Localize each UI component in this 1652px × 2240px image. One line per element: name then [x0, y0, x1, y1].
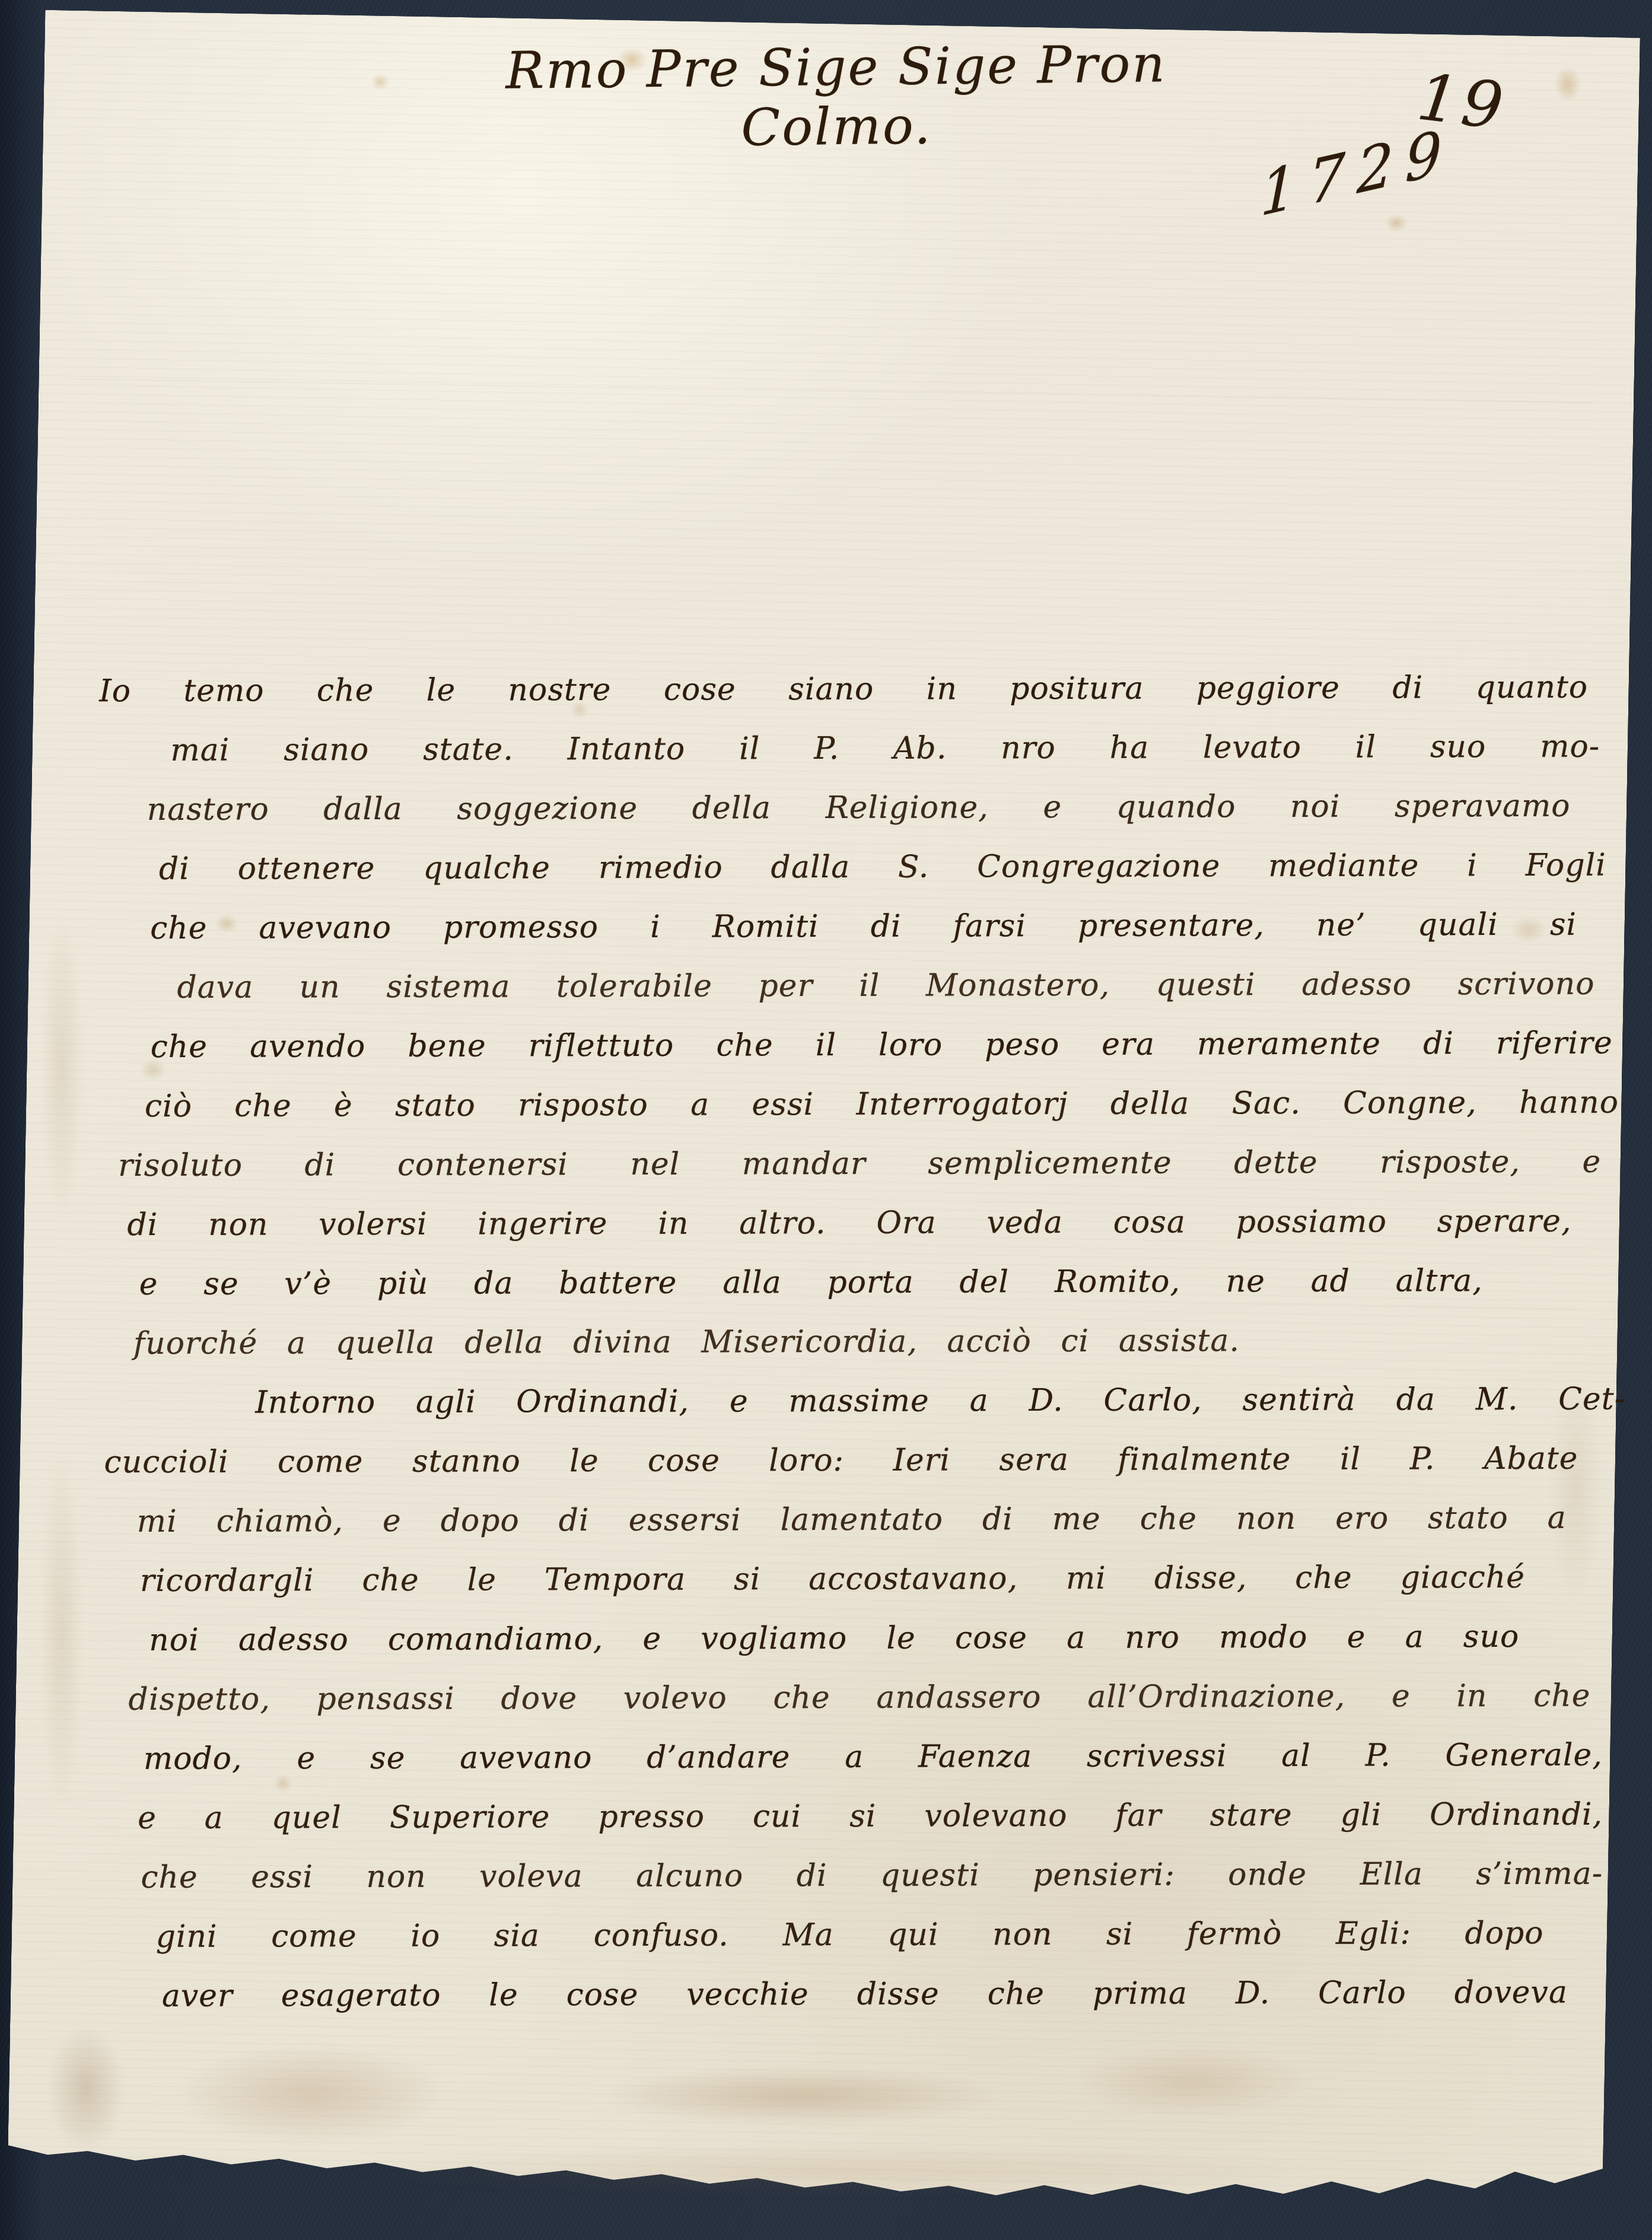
manuscript-line: gini come io sia confuso. Ma qui non si … — [155, 1904, 1543, 1967]
salutation: Rmo Pre Sige Sige Pron Colmo. — [438, 34, 1234, 161]
manuscript-line: che avevano promesso i Romiti di farsi p… — [150, 895, 1577, 958]
manuscript-line: mai siano state. Intanto il P. Ab. nro h… — [170, 717, 1600, 780]
manuscript-line: noi adesso comandiamo, e vogliamo le cos… — [149, 1607, 1519, 1670]
manuscript-line: cuccioli come stanno le cose loro: Ieri … — [104, 1429, 1578, 1493]
manuscript-line: di ottenere qualche rimedio dalla S. Con… — [159, 836, 1606, 899]
fold-crease — [74, 378, 1592, 405]
manuscript-line: mi chiamò, e dopo di essersi lamentato d… — [137, 1488, 1567, 1551]
scan-background: { "page": { "background_color": "#27313f… — [0, 0, 1652, 2240]
manuscript-line: Intorno agli Ordinandi, e massime a D. C… — [255, 1369, 1625, 1432]
manuscript-line: aver esagerato le cose vecchie disse che… — [162, 1963, 1568, 2026]
manuscript-line: che essi non voleva alcuno di questi pen… — [141, 1844, 1603, 1907]
manuscript-line: dispetto, pensassi dove volevo che andas… — [128, 1666, 1590, 1729]
manuscript-line: nastero dalla soggezione della Religione… — [147, 777, 1571, 839]
manuscript-line: di non volersi ingerire in altro. Ora ve… — [127, 1192, 1571, 1255]
manuscript-line: risoluto di contenersi nel mandar sempli… — [118, 1132, 1601, 1196]
manuscript-line: Io temo che le nostre cose siano in posi… — [99, 658, 1588, 721]
letter-body: Io temo che le nostre cose siano in posi… — [0, 657, 1652, 2026]
manuscript-line: ciò che è stato risposto a essi Interrog… — [145, 1073, 1619, 1137]
manuscript-line: modo, e se avevano d’andare a Faenza scr… — [144, 1726, 1603, 1789]
manuscript-line: dava un sistema tolerabile per il Monast… — [177, 954, 1594, 1017]
manuscript-line: e a quel Superiore presso cui si volevan… — [138, 1785, 1603, 1848]
manuscript-line: che avendo bene riflettuto che il loro p… — [151, 1014, 1613, 1077]
manuscript-line: ricordargli che le Tempora si accostavan… — [140, 1548, 1525, 1611]
manuscript-line: fuorché a quella della divina Misericord… — [133, 1311, 1240, 1373]
manuscript-line: e se v’è più da battere alla porta del R… — [139, 1251, 1483, 1314]
